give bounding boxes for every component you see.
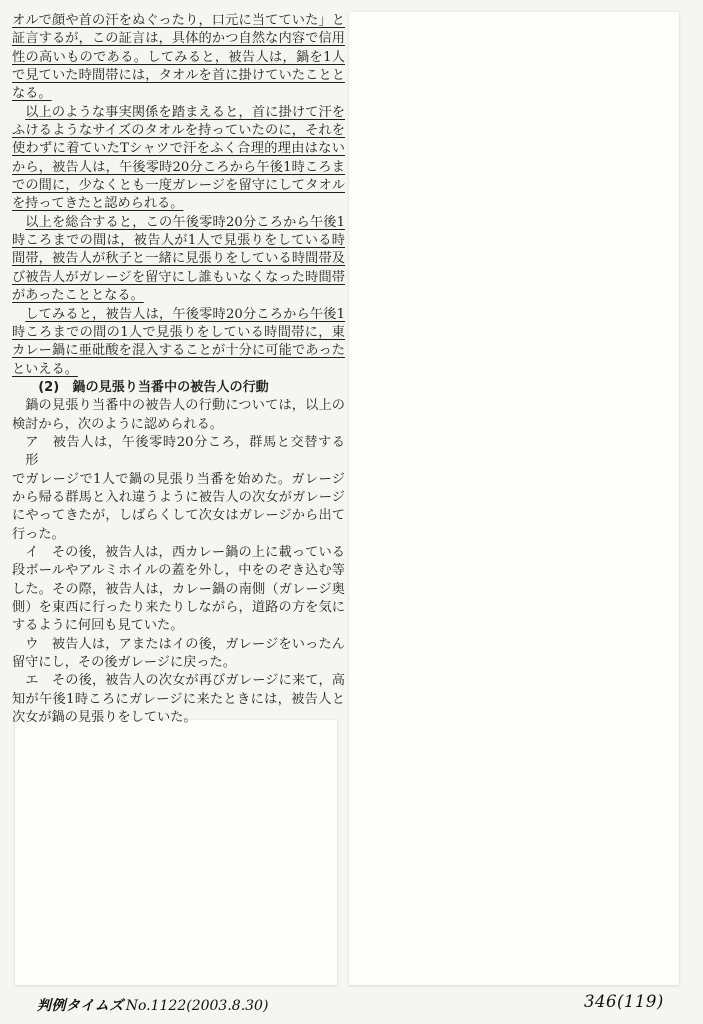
- text-line: した。その際，被告人は，カレー鍋の南側（ガレージ奥: [12, 581, 345, 599]
- text-line: 以上を総合すると，この午後零時20分ころから午後1: [12, 214, 345, 232]
- text-line: を持ってきたと認められる。: [12, 195, 345, 213]
- text-line: 側）を東西に行ったり来たりしながら，道路の方を気に: [12, 599, 345, 617]
- text-line: カレー鍋に亜砒酸を混入することが十分に可能であった: [12, 342, 345, 360]
- blank-right-column: [349, 12, 679, 985]
- text-line: 検討から，次のように認められる。: [12, 416, 345, 434]
- text-line: でガレージで1人で鍋の見張り当番を始めた。ガレージ: [12, 471, 345, 489]
- text-line: 以上のような事実関係を踏まえると，首に掛けて汗を: [12, 104, 345, 122]
- text-line: があったこととなる。: [12, 287, 345, 305]
- journal-footer: 判例タイムズNo.1122(2003.8.30): [37, 995, 268, 1015]
- text-line: で見ていた時間帯には，タオルを首に掛けていたことと: [12, 67, 345, 85]
- text-line: での間に，少なくとも一度ガレージを留守にしてタオル: [12, 177, 345, 195]
- text-line: 行った。: [12, 526, 345, 544]
- text-line: にやってきたが，しばらくして次女はガレージから出て: [12, 507, 345, 525]
- blank-lower-left-region: [15, 720, 337, 985]
- text-line: するように何回も見ていた。: [12, 617, 345, 635]
- text-line: ウ 被告人は，アまたはイの後，ガレージをいったん: [12, 636, 345, 654]
- text-line: ア 被告人は，午後零時20分ころ，群馬と交替する形: [12, 434, 345, 471]
- text-line: 証言するが，この証言は，具体的かつ自然な内容で信用: [12, 30, 345, 48]
- text-line: 時ころまでの間は，被告人が1人で見張りをしている時: [12, 232, 345, 250]
- text-line: オルで顔や首の汗をぬぐったり，口元に当てていた」と: [12, 12, 345, 30]
- journal-name: 判例タイムズ: [37, 998, 124, 1014]
- text-line: 間帯，被告人が秋子と一緒に見張りをしている時間帯及: [12, 250, 345, 268]
- text-line: 性の高いものである。してみると，被告人は，鍋を1人: [12, 49, 345, 67]
- text-line: エ その後，被告人の次女が再びガレージに来て，高: [12, 672, 345, 690]
- text-line: 鍋の見張り当番中の被告人の行動については，以上の: [12, 397, 345, 415]
- text-line: (2) 鍋の見張り当番中の被告人の行動: [12, 379, 345, 397]
- text-line: から，被告人は，午後零時20分ころから午後1時ころま: [12, 159, 345, 177]
- text-line: といえる。: [12, 361, 345, 379]
- text-line: 留守にし，その後ガレージに戻った。: [12, 654, 345, 672]
- text-line: び被告人がガレージを留守にし誰もいなくなった時間帯: [12, 269, 345, 287]
- text-line: 使わずに着ていたTシャツで汗をふく合理的理由はない: [12, 140, 345, 158]
- text-line: 段ボールやアルミホイルの蓋を外し，中をのぞき込む等: [12, 562, 345, 580]
- text-line: なる。: [12, 85, 345, 103]
- text-line: してみると，被告人は，午後零時20分ころから午後1: [12, 306, 345, 324]
- text-line: 時ころまでの間の1人で見張りをしている時間帯に，東: [12, 324, 345, 342]
- scanned-page: オルで顔や首の汗をぬぐったり，口元に当てていた」と証言するが，この証言は，具体的…: [0, 0, 703, 1024]
- text-line: から帰る群馬と入れ違うように被告人の次女がガレージ: [12, 489, 345, 507]
- text-line: ふけるようなサイズのタオルを持っていたのに，それを: [12, 122, 345, 140]
- text-line: 知が午後1時ころにガレージに来たときには，被告人と: [12, 691, 345, 709]
- text-line: イ その後，被告人は，西カレー鍋の上に載っている: [12, 544, 345, 562]
- journal-issue-number: No.1122(2003.8.30): [126, 998, 269, 1014]
- judgment-text-column: オルで顔や首の汗をぬぐったり，口元に当てていた」と証言するが，この証言は，具体的…: [12, 12, 345, 727]
- text-line: 次女が鍋の見張りをしていた。: [12, 709, 345, 727]
- page-number: 346(119): [584, 992, 664, 1011]
